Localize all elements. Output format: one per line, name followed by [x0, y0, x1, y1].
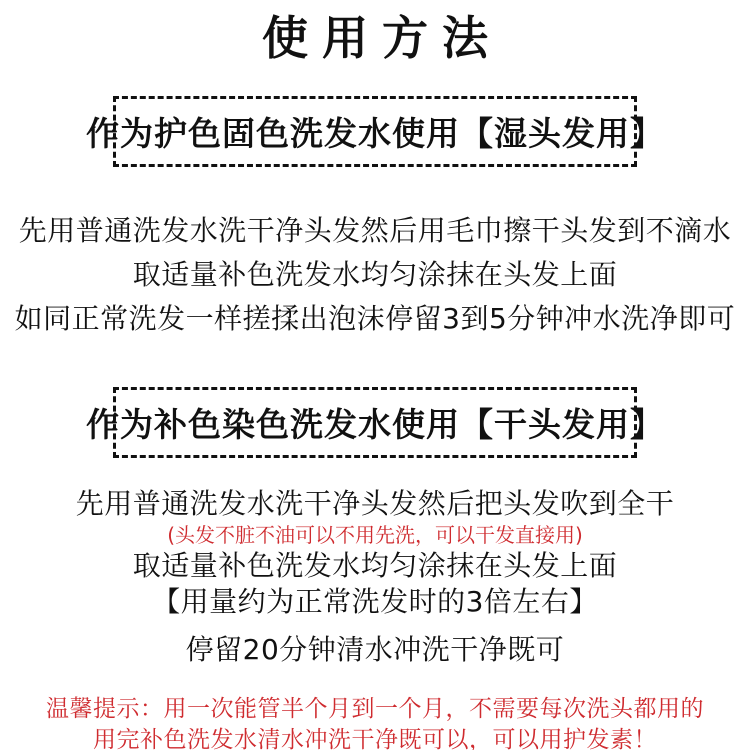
usage-box-wet-heading: 作为护色固色洗发水使用【湿头发用】 — [86, 108, 664, 155]
usage-box-dry-heading: 作为补色染色洗发水使用【干头发用】 — [86, 399, 664, 446]
wet-instruction-line-3: 如同正常洗发一样搓揉出泡沫停留3到5分钟冲水洗净即可 — [0, 297, 750, 341]
dry-instruction-line-1: 先用普通洗发水洗干净头发然后把头发吹到全干 — [0, 486, 750, 522]
warm-tip-line-1: 温馨提示：用一次能管半个月到一个月，不需要每次洗头都用的 — [0, 694, 750, 725]
usage-box-wet-hair: 作为护色固色洗发水使用【湿头发用】 — [113, 96, 637, 167]
dry-instruction-line-2: 取适量补色洗发水均匀涂抹在头发上面 — [0, 548, 750, 584]
warm-tip-line-2: 用完补色洗发水清水冲洗干净既可以，可以用护发素！ — [0, 725, 750, 750]
usage-box-dry-hair: 作为补色染色洗发水使用【干头发用】 — [113, 387, 637, 458]
wet-usage-instructions: 先用普通洗发水洗干净头发然后用毛巾擦干头发到不滴水 取适量补色洗发水均匀涂抹在头… — [0, 209, 750, 341]
warm-tip: 温馨提示：用一次能管半个月到一个月，不需要每次洗头都用的 用完补色洗发水清水冲洗… — [0, 694, 750, 750]
wet-instruction-line-2: 取适量补色洗发水均匀涂抹在头发上面 — [0, 253, 750, 297]
usage-instructions-page: 使用方法 作为护色固色洗发水使用【湿头发用】 先用普通洗发水洗干净头发然后用毛巾… — [0, 0, 750, 750]
page-title: 使用方法 — [0, 0, 750, 66]
wet-instruction-line-1: 先用普通洗发水洗干净头发然后用毛巾擦干头发到不滴水 — [0, 209, 750, 253]
dry-usage-instructions: 先用普通洗发水洗干净头发然后把头发吹到全干 (头发不脏不油可以不用先洗，可以干发… — [0, 486, 750, 668]
dry-instruction-red-note: (头发不脏不油可以不用先洗，可以干发直接用) — [0, 522, 750, 548]
dry-instruction-line-3: 【用量约为正常洗发时的3倍左右】 — [0, 584, 750, 620]
dry-instruction-line-4: 停留20分钟清水冲洗干净既可 — [0, 632, 750, 668]
